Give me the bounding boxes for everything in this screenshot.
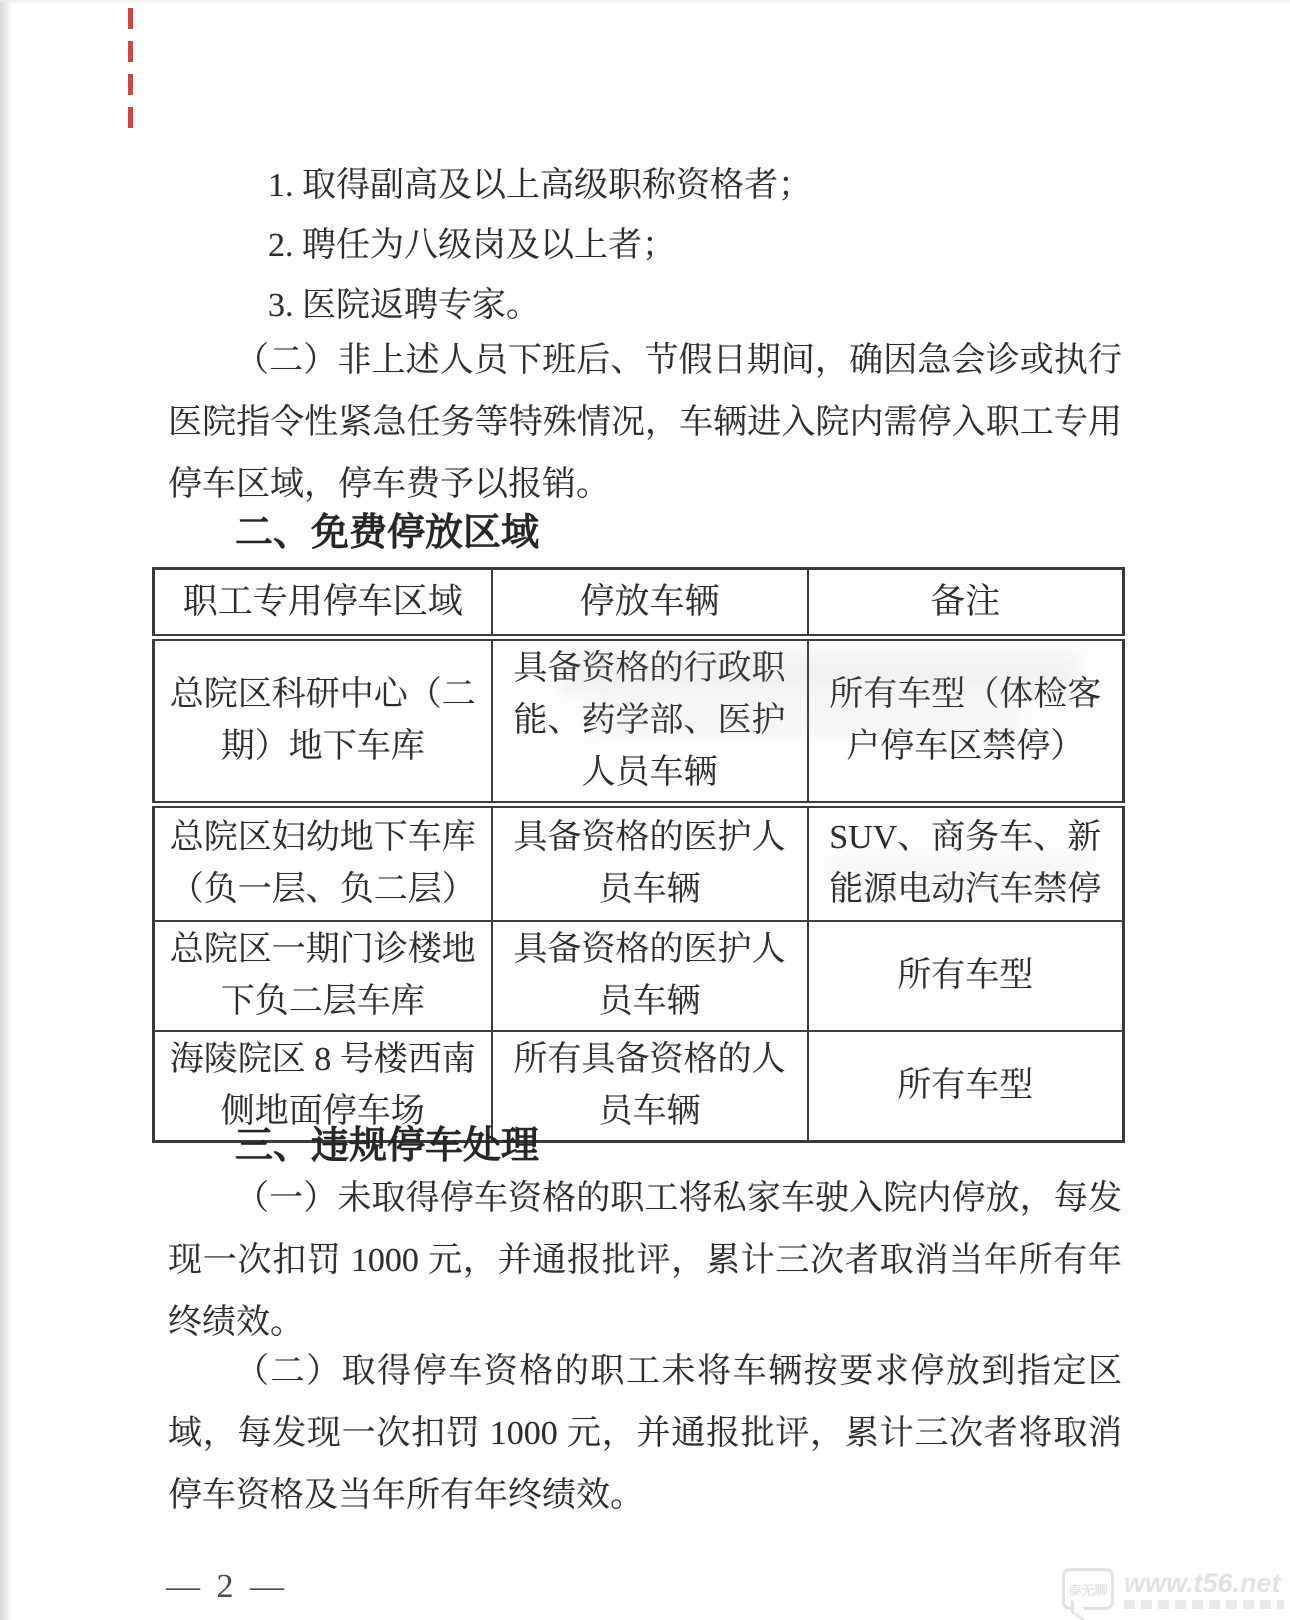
list-item-2: 2. 聘任为八级岗及以上者；	[168, 216, 1122, 276]
list-item-1: 1. 取得副高及以上高级职称资格者；	[168, 156, 1122, 216]
watermark-site-url: www.t56.net	[1124, 1570, 1284, 1597]
paragraph-violation-2: （二）取得停车资格的职工未将车辆按要求停放到指定区域，每发现一次扣罚 1000 …	[168, 1341, 1122, 1527]
cell-remarks-4: 所有车型	[808, 1031, 1124, 1142]
document-page: 1. 取得副高及以上高级职称资格者； 2. 聘任为八级岗及以上者； 3. 医院返…	[0, 0, 1290, 1620]
red-registration-marks	[128, 8, 133, 136]
site-watermark: 泰无聊 www.t56.net	[1062, 1568, 1284, 1610]
cell-vehicles-2: 具备资格的医护人员车辆	[492, 805, 808, 922]
qualification-list: 1. 取得副高及以上高级职称资格者； 2. 聘任为八级岗及以上者； 3. 医院返…	[168, 156, 1122, 336]
cell-remarks-3: 所有车型	[808, 921, 1124, 1031]
scan-top-shadow	[0, 0, 1290, 4]
table-row: 总院区一期门诊楼地下负二层车库 具备资格的医护人员车辆 所有车型	[154, 921, 1124, 1031]
col-header-vehicles: 停放车辆	[492, 569, 808, 638]
page-number: — 2 —	[166, 1562, 288, 1612]
cell-area-3: 总院区一期门诊楼地下负二层车库	[154, 921, 492, 1031]
col-header-area: 职工专用停车区域	[154, 569, 492, 638]
ink-bleed-smudge	[590, 700, 1020, 738]
watermark-text: www.t56.net	[1124, 1570, 1284, 1609]
ink-bleed-smudge	[560, 652, 1080, 696]
cell-vehicles-3: 具备资格的医护人员车辆	[492, 921, 808, 1031]
paragraph-violation-1: （一）未取得停车资格的职工将私家车驶入院内停放，每发现一次扣罚 1000 元，并…	[168, 1168, 1122, 1354]
paragraph-exception: （二）非上述人员下班后、节假日期间，确因急会诊或执行医院指令性紧急任务等特殊情况…	[168, 330, 1122, 516]
list-item-3: 3. 医院返聘专家。	[168, 276, 1122, 336]
cell-area-1: 总院区科研中心（二期）地下车库	[154, 638, 492, 805]
section-heading-violation: 三、违规停车处理	[235, 1118, 539, 1174]
ink-bleed-smudge	[830, 855, 1090, 891]
cell-area-2: 总院区妇幼地下车库（负一层、负二层）	[154, 805, 492, 922]
watermark-tagline	[1124, 1600, 1284, 1609]
col-header-remarks: 备注	[808, 569, 1124, 638]
speech-bubble-icon: 泰无聊	[1062, 1568, 1114, 1610]
section-heading-free-parking: 二、免费停放区域	[235, 505, 539, 561]
scan-edge-shadow	[0, 0, 12, 1620]
table-header-row: 职工专用停车区域 停放车辆 备注	[154, 569, 1124, 638]
